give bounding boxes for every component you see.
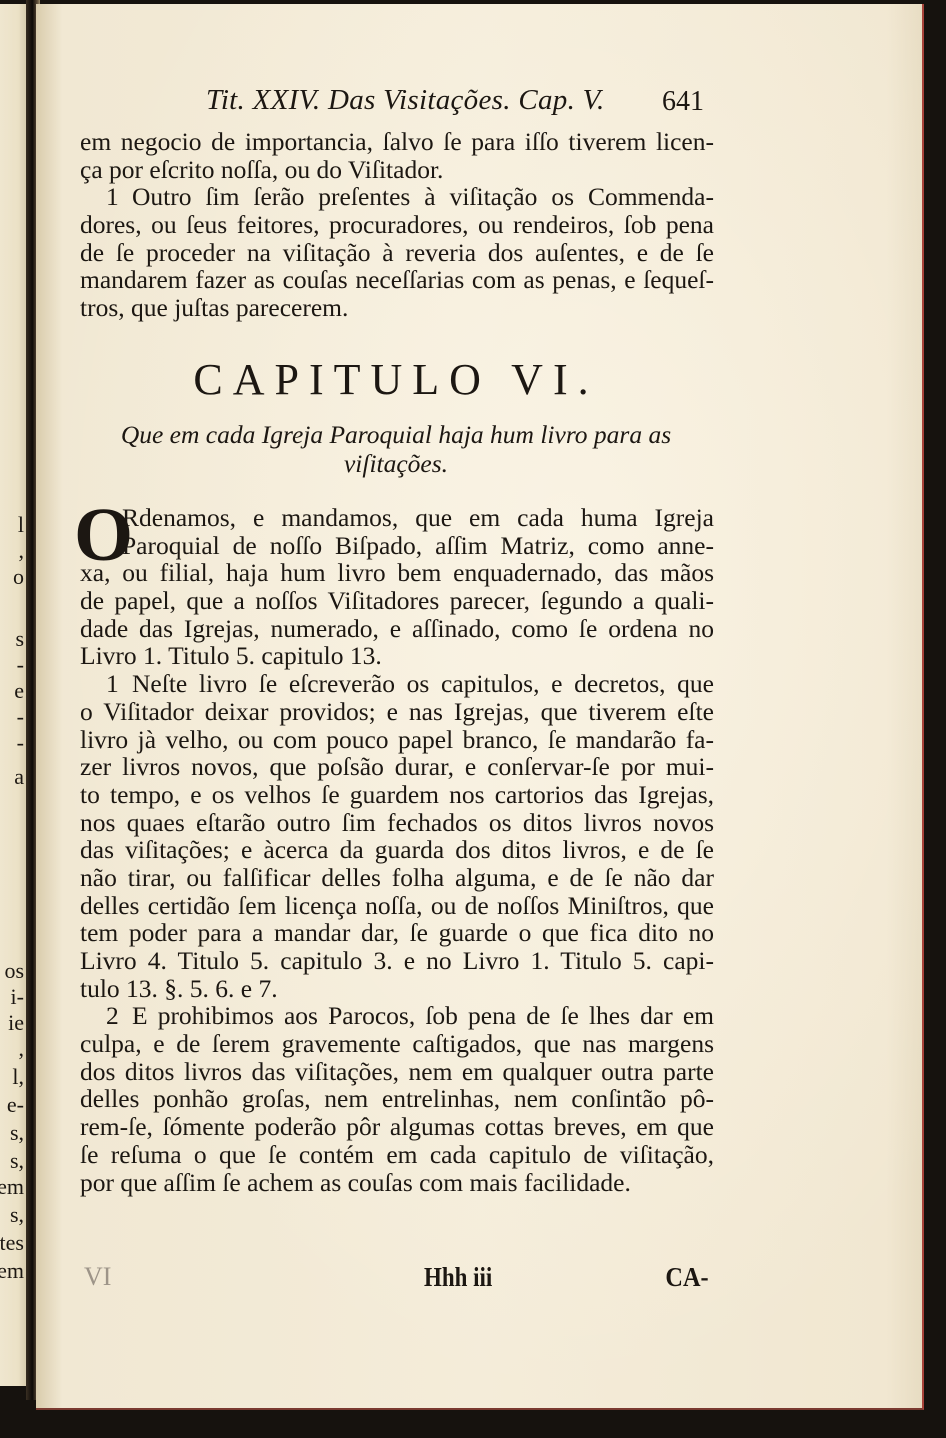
text-line: rem-ſe, ſómente poderão pôr algumas cott… — [80, 1113, 714, 1141]
facing-page-fragment: s — [15, 628, 24, 650]
signature-mark: Hhh iii — [424, 1262, 492, 1293]
text-line: por que aſſim ſe achem as couſas com mai… — [80, 1169, 714, 1197]
facing-page-fragment: em — [0, 1260, 24, 1282]
text-line: Paroquial de noſſo Biſpado, aſſim Matriz… — [80, 532, 714, 560]
facing-page-fragment: tes — [0, 1232, 24, 1254]
top-text-block: em negocio de importancia, ſalvo ſe para… — [80, 128, 714, 322]
facing-page-fragment: - — [17, 732, 24, 754]
facing-page-fragment: o — [13, 566, 24, 588]
facing-page-fragment: , — [19, 1038, 25, 1060]
facing-page-fragment: e — [14, 680, 24, 702]
facing-page-fragment: - — [17, 654, 24, 676]
section-2-first-line: 2E prohibimos aos Parocos, ſob pena de ſ… — [80, 1002, 714, 1030]
paragraph-1-first-line: 1Outro ſim ſerão preſentes à viſitação o… — [80, 183, 714, 211]
text-line: Livro 4. Titulo 5. capitulo 3. e no Livr… — [80, 947, 714, 975]
text-line: em negocio de importancia, ſalvo ſe para… — [80, 128, 714, 156]
chapter-subtitle: Que em cada Igreja Paroquial haja hum li… — [76, 420, 716, 478]
facing-page-fragment: l, — [12, 1066, 24, 1088]
text-line: mandarem fazer as couſas neceſſarias com… — [80, 266, 714, 294]
facing-page-fragment: em — [0, 1176, 24, 1198]
book-page: Tit. XXIV. Das Visitações. Cap. V. 641 e… — [36, 4, 924, 1410]
facing-page-fragment: ie — [8, 1012, 24, 1034]
text-line: tros, que juſtas parecerem. — [80, 294, 714, 322]
paragraph-number: 2 — [80, 1002, 132, 1030]
text-line: Livro 1. Titulo 5. capitulo 13. — [80, 642, 714, 670]
chapter-body: O Rdenamos, e mandamos, que em cada huma… — [80, 504, 714, 1196]
text-line: xa, ou filial, haja hum livro bem enquad… — [80, 559, 714, 587]
facing-page-fragment: s, — [10, 1204, 24, 1226]
text-line: livro jà velho, ou com pouco papel branc… — [80, 726, 714, 754]
running-head: Tit. XXIV. Das Visitações. Cap. V. 641 — [36, 84, 922, 120]
section-1-first-line: 1Neſte livro ſe eſcreverão os capitulos,… — [80, 670, 714, 698]
text-line: dos ditos livros das viſitações, nem em … — [80, 1058, 714, 1086]
bleed-through-mark: VI — [84, 1262, 111, 1292]
text-line: de ſe proceder na viſitação à reveria do… — [80, 239, 714, 267]
chapter-heading: CAPITULO VI. — [36, 354, 756, 405]
text-line: dores, ou ſeus feitores, procuradores, o… — [80, 211, 714, 239]
facing-page-fragment: a — [14, 766, 24, 788]
text-line: das viſitações; e àcerca da guarda dos d… — [80, 836, 714, 864]
text-line: tem poder para a mandar dar, ſe guarde o… — [80, 919, 714, 947]
text-line: nos quaes eſtarão outro ſim fechados os … — [80, 809, 714, 837]
facing-page-edge: l,os-e--aosi-ie,l,e-s,s,ems,tesem — [0, 4, 26, 1386]
facing-page-fragment: os — [4, 960, 24, 982]
text-line: Outro ſim ſerão preſentes à viſitação os… — [132, 182, 714, 211]
text-line: de papel, que a noſſos Viſitadores parec… — [80, 587, 714, 615]
facing-page-fragment: s, — [10, 1122, 24, 1144]
text-line: culpa, e de ſerem gravemente caſtigados,… — [80, 1030, 714, 1058]
paragraph-number: 1 — [80, 183, 132, 211]
drop-cap: O — [74, 504, 133, 566]
text-line: Rdenamos, e mandamos, que em cada huma I… — [80, 504, 714, 532]
text-line: não tirar, ou falſificar delles folha al… — [80, 864, 714, 892]
text-line: ça por eſcrito noſſa, ou do Viſitador. — [80, 156, 714, 184]
text-line: dade das Igrejas, numerado, e aſſinado, … — [80, 615, 714, 643]
running-head-title: Tit. XXIV. Das Visitações. Cap. V. — [206, 84, 605, 117]
text-line: ſe reſuma o que ſe contém em cada capitu… — [80, 1141, 714, 1169]
chapter-subtitle-line: Que em cada Igreja Paroquial haja hum li… — [76, 420, 716, 449]
facing-page-fragment: , — [19, 540, 25, 562]
facing-page-fragment: s, — [10, 1150, 24, 1172]
paragraph-number: 1 — [80, 670, 132, 698]
facing-page-fragment: e- — [7, 1094, 24, 1116]
facing-page-fragment: - — [17, 706, 24, 728]
text-line: to tempo, e os velhos ſe guardem nos car… — [80, 781, 714, 809]
page-number: 641 — [662, 86, 704, 118]
text-line: E prohibimos aos Parocos, ſob pena de ſe… — [132, 1001, 714, 1030]
chapter-subtitle-line: viſitações. — [76, 449, 716, 478]
text-line: tulo 13. §. 5. 6. e 7. — [80, 975, 714, 1003]
text-line: o Viſitador deixar providos; e nas Igrej… — [80, 698, 714, 726]
text-line: Neſte livro ſe eſcreverão os capitulos, … — [132, 669, 714, 698]
text-line: delles certidão ſem licença noſſa, ou de… — [80, 892, 714, 920]
catchword: CA- — [665, 1262, 708, 1293]
text-line: delles ponhão groſas, nem entrelinhas, n… — [80, 1085, 714, 1113]
text-line: zer livros novos, que poſsão durar, e co… — [80, 753, 714, 781]
facing-page-fragment: i- — [11, 986, 24, 1008]
facing-page-fragment: l — [18, 514, 24, 536]
